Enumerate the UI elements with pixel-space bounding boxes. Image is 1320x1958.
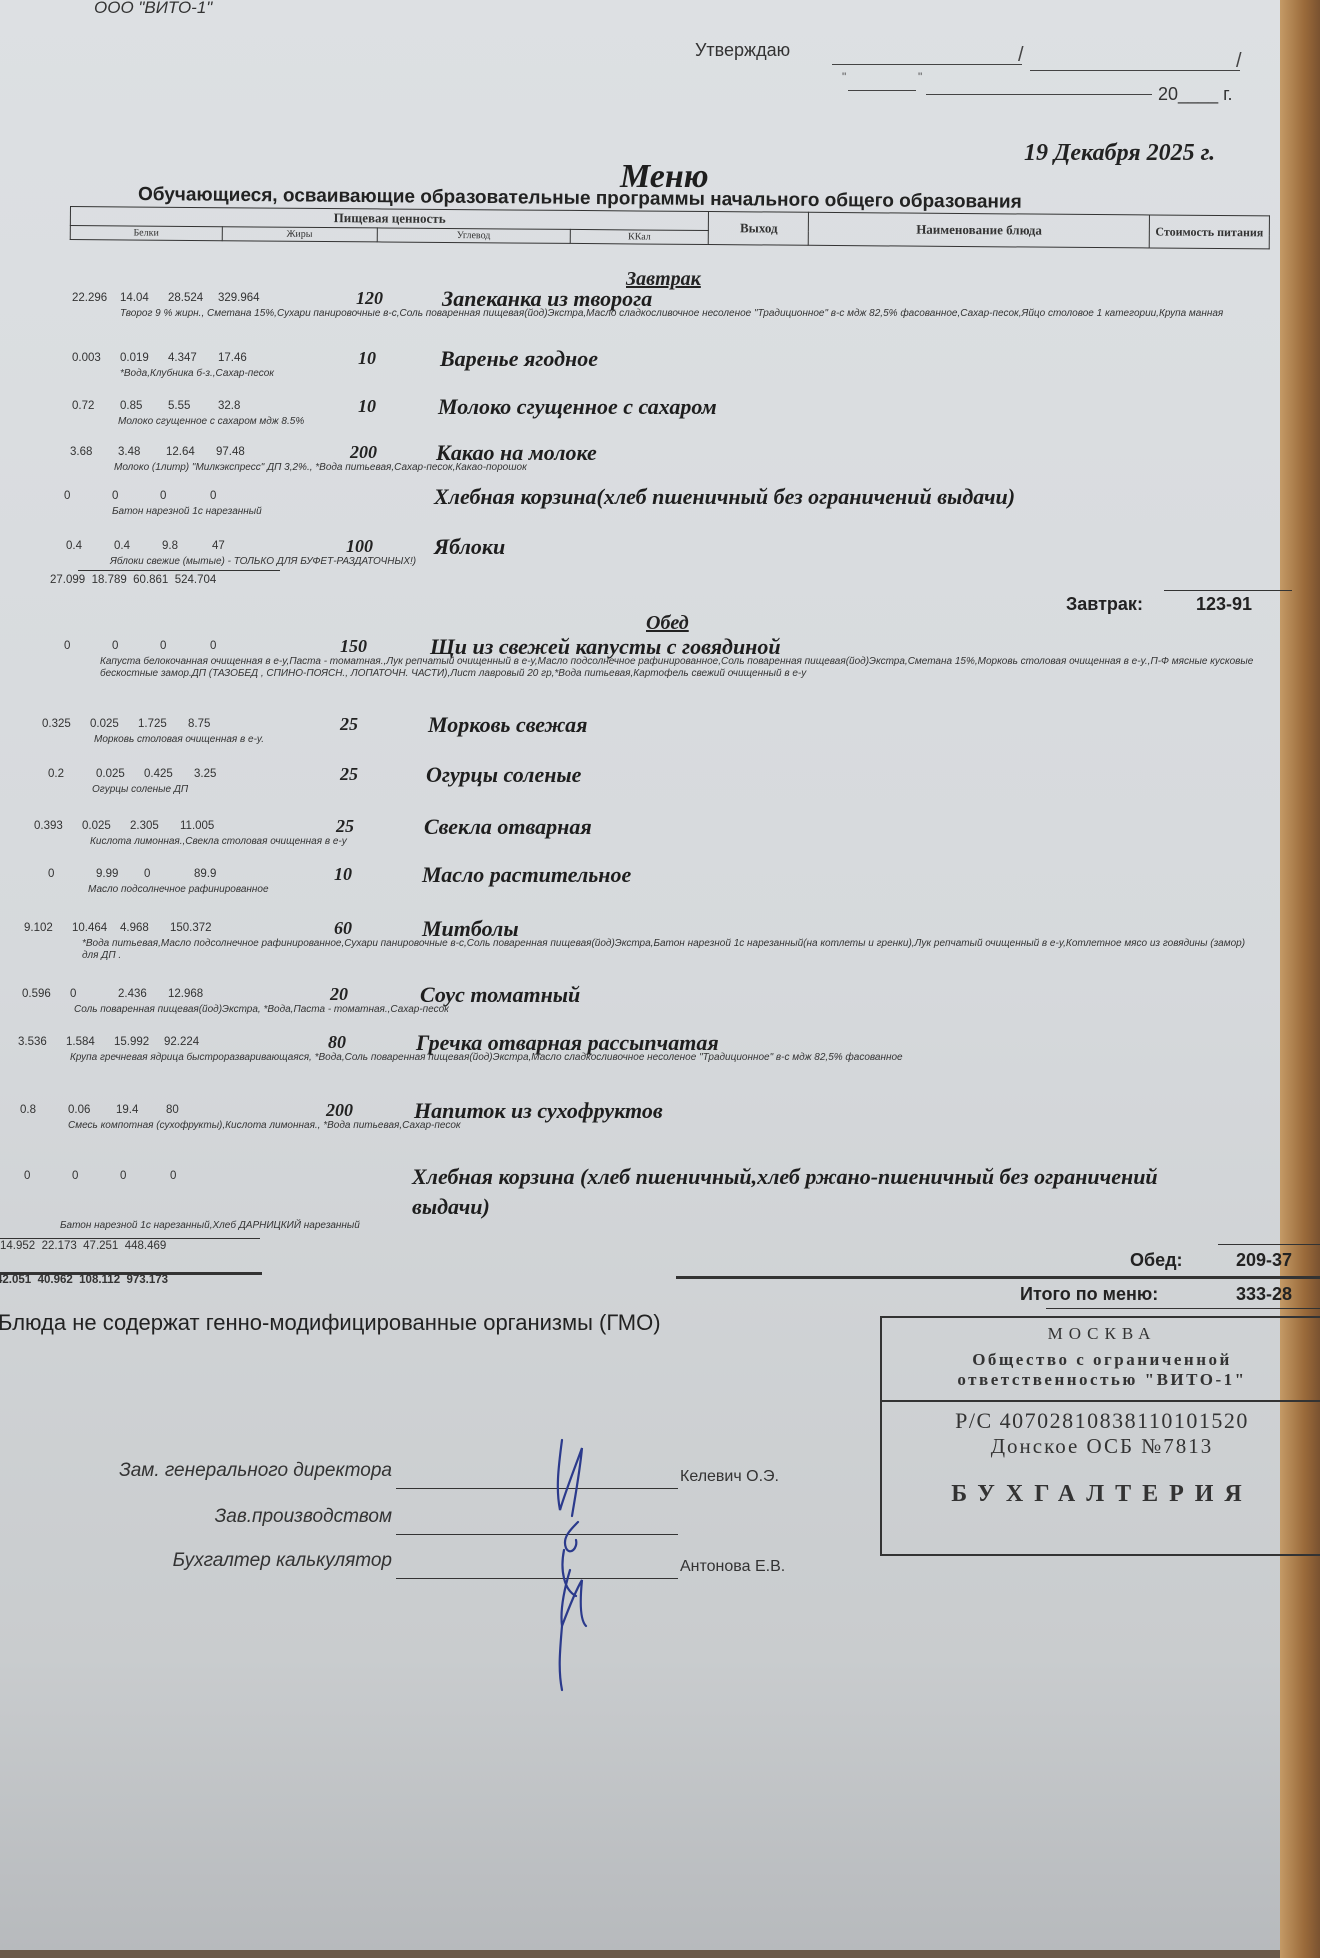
nutrient-fat: 0.85	[120, 400, 142, 412]
nutrient-protein: 9.102	[24, 922, 53, 934]
signature-name-3: Антонова Е.В.	[680, 1558, 785, 1576]
dish-ingredients: Капуста белокочанная очищенная в е-у,Пас…	[100, 656, 1260, 680]
dish-ingredients: Огурцы соленые ДП	[92, 784, 1260, 796]
menu-item-row: 0.3930.0252.30511.00525Свекла отварнаяКи…	[0, 820, 1280, 864]
company-stamp: МОСКВА Общество с ограниченной ответстве…	[880, 1316, 1320, 1556]
nutrient-kcal: 8.75	[188, 718, 210, 730]
nutrient-protein: 0	[24, 1170, 30, 1182]
nutrient-kcal: 89.9	[194, 868, 216, 880]
dish-yield: 80	[328, 1032, 346, 1053]
nutrient-fat: 14.04	[120, 292, 149, 304]
dish-ingredients: Молоко (1литр) "Милкэкспресс" ДП 3,2%., …	[114, 462, 1260, 474]
dish-yield: 200	[350, 442, 377, 463]
menu-item-row: 0.720.855.5532.810Молоко сгущенное с сах…	[0, 400, 1280, 444]
nutrient-protein: 22.296	[72, 292, 107, 304]
nutrient-fat: 0.025	[90, 718, 119, 730]
total-protein: 27.099	[50, 574, 85, 586]
nutrient-carbs: 15.992	[114, 1036, 149, 1048]
breakfast-cost-value: 123-91	[1196, 594, 1252, 615]
dish-name-header: Наименование блюда	[809, 212, 1150, 248]
nutrient-kcal: 47	[212, 540, 225, 552]
signature-role-2: Зав.производством	[72, 1506, 392, 1528]
nutrient-kcal: 97.48	[216, 446, 245, 458]
dish-name: Хлебная корзина (хлеб пшеничный,хлеб ржа…	[412, 1162, 1172, 1222]
nutrient-fat: 0.4	[114, 540, 130, 552]
dish-ingredients: Батон нарезной 1с нарезанный,Хлеб ДАРНИЦ…	[60, 1220, 1260, 1232]
menu-date: 19 Декабря 2025 г.	[1024, 140, 1215, 167]
quote-mark: "	[842, 70, 846, 84]
menu-item-row: 0000Хлебная корзина(хлеб пшеничный без о…	[0, 490, 1280, 534]
menu-item-row: 09.99089.910Масло растительноеМасло подс…	[0, 868, 1280, 912]
day-line	[848, 90, 916, 91]
grand-total-carbs: 108.112	[79, 1274, 120, 1286]
lunch-cost-rule	[1218, 1244, 1320, 1245]
dish-yield: 100	[346, 536, 373, 557]
nutrient-protein: 0.72	[72, 400, 94, 412]
dish-yield: 25	[340, 714, 358, 735]
dish-yield: 10	[358, 348, 376, 369]
handwritten-signature-icon	[540, 1430, 660, 1710]
dish-ingredients: Батон нарезной 1с нарезанный	[112, 506, 1260, 518]
nutrient-fat: 0	[70, 988, 76, 1000]
nutrient-fat: 10.464	[72, 922, 107, 934]
stamp-line-1: Общество с ограниченной	[882, 1350, 1320, 1370]
nutrient-protein: 0.8	[20, 1104, 36, 1116]
dish-yield: 10	[334, 864, 352, 885]
grand-totals: 42.051 40.962 108.112 973.173	[0, 1274, 168, 1286]
lunch-total-rule	[0, 1238, 260, 1239]
total-kcal: 448.469	[125, 1240, 167, 1252]
nutrient-kcal: 32.8	[218, 400, 240, 412]
menu-total-value: 333-28	[1236, 1284, 1292, 1305]
menu-item-row: 0000150Щи из свежей капусты с говядинойК…	[0, 640, 1280, 684]
menu-item-row: 0.59602.43612.96820Соус томатныйСоль пов…	[0, 988, 1280, 1032]
table-surface	[1280, 0, 1320, 1958]
menu-total-label: Итого по меню:	[1020, 1284, 1158, 1305]
dish-ingredients: Масло подсолнечное рафинированное	[88, 884, 1260, 896]
lunch-section-title: Обед	[646, 612, 689, 635]
menu-total-underline	[1046, 1308, 1320, 1309]
lunch-totals: 14.952 22.173 47.251 448.469	[0, 1240, 166, 1252]
nutrient-carbs: 0	[144, 868, 150, 880]
dish-ingredients: Творог 9 % жирн., Сметана 15%,Сухари пан…	[120, 308, 1260, 320]
menu-item-row: 0.20.0250.4253.2525Огурцы соленыеОгурцы …	[0, 768, 1280, 812]
nutrient-carbs: 0	[120, 1170, 126, 1182]
nutrient-kcal: 329.964	[218, 292, 260, 304]
nutrient-protein: 0	[64, 640, 70, 652]
approve-label: Утверждаю	[695, 40, 790, 61]
nutrient-fat: 0.025	[82, 820, 111, 832]
fat-header: Жиры	[222, 227, 377, 242]
kcal-header: ККал	[570, 229, 709, 244]
separator-slash: /	[1018, 44, 1024, 67]
nutrient-carbs: 0	[160, 490, 166, 502]
nutrient-carbs: 19.4	[116, 1104, 138, 1116]
total-protein: 14.952	[0, 1240, 35, 1252]
stamp-department: БУХГАЛТЕРИЯ	[882, 1481, 1320, 1508]
dish-ingredients: Крупа гречневая ядрица быстроразваривающ…	[70, 1052, 1260, 1064]
stamp-account: Р/С 40702810838110101520	[882, 1400, 1320, 1434]
nutrient-kcal: 80	[166, 1104, 179, 1116]
nutrient-fat: 9.99	[96, 868, 118, 880]
year-prefix: 20	[1158, 84, 1178, 104]
signature-role-1: Зам. генерального директора	[72, 1460, 392, 1482]
dish-yield: 25	[336, 816, 354, 837]
signature-role-3: Бухгалтер калькулятор	[72, 1550, 392, 1572]
stamp-line-2: ответственностью "ВИТО-1"	[882, 1370, 1320, 1390]
gmo-note: Блюда не содержат генно-модифицированные…	[0, 1310, 661, 1336]
month-line	[926, 94, 1152, 95]
grand-total-protein: 42.051	[0, 1274, 31, 1286]
dish-yield: 120	[356, 288, 383, 309]
dish-yield: 60	[334, 918, 352, 939]
yield-header: Выход	[709, 212, 809, 246]
dish-yield: 200	[326, 1100, 353, 1121]
nutrient-protein: 3.68	[70, 446, 92, 458]
nutrient-carbs: 2.305	[130, 820, 159, 832]
nutrient-fat: 0	[72, 1170, 78, 1182]
nutrient-kcal: 0	[170, 1170, 176, 1182]
breakfast-totals: 27.099 18.789 60.861 524.704	[50, 574, 216, 586]
lunch-cost-label: Обед:	[1130, 1250, 1183, 1271]
nutrient-carbs: 4.347	[168, 352, 197, 364]
breakfast-cost-label: Завтрак:	[1066, 594, 1143, 615]
dish-yield: 150	[340, 636, 367, 657]
stamp-bank: Донское ОСБ №7813	[882, 1434, 1320, 1459]
carbs-header: Углевод	[377, 228, 570, 244]
grand-total-fat: 40.962	[38, 1274, 73, 1286]
nutrient-fat: 0	[112, 490, 118, 502]
approver-signature-line	[832, 64, 1022, 65]
separator-slash: /	[1236, 50, 1242, 73]
menu-item-row: 3.5361.58415.99292.22480Гречка отварная …	[0, 1036, 1280, 1080]
dish-yield: 25	[340, 764, 358, 785]
protein-header: Белки	[70, 226, 222, 241]
nutrient-fat: 0.025	[96, 768, 125, 780]
dish-ingredients: Смесь компотная (сухофрукты),Кислота лим…	[68, 1120, 1260, 1132]
menu-item-row: 0000Хлебная корзина (хлеб пшеничный,хлеб…	[0, 1170, 1280, 1214]
menu-item-row: 22.29614.0428.524329.964120Запеканка из …	[0, 292, 1280, 336]
nutrient-carbs: 2.436	[118, 988, 147, 1000]
nutrient-protein: 0.2	[48, 768, 64, 780]
nutrient-carbs: 1.725	[138, 718, 167, 730]
total-carbs: 60.861	[133, 574, 168, 586]
menu-item-row: 0.3250.0251.7258.7525Морковь свежаяМорко…	[0, 718, 1280, 762]
approver-name-line	[1030, 70, 1240, 71]
nutrient-kcal: 17.46	[218, 352, 247, 364]
dish-ingredients: Кислота лимонная.,Свекла столовая очищен…	[90, 836, 1260, 848]
signature-name-1: Келевич О.Э.	[680, 1468, 779, 1486]
nutrient-protein: 0	[64, 490, 70, 502]
dish-yield: 20	[330, 984, 348, 1005]
total-kcal: 524.704	[175, 574, 217, 586]
nutrient-protein: 0.393	[34, 820, 63, 832]
breakfast-cost-rule	[1164, 590, 1292, 591]
nutrient-kcal: 11.005	[180, 820, 214, 832]
breakfast-total-rule	[78, 570, 280, 571]
nutrient-protein: 0.325	[42, 718, 71, 730]
dish-yield: 10	[358, 396, 376, 417]
dish-ingredients: Соль поваренная пищевая(йод)Экстра, *Вод…	[74, 1004, 1260, 1016]
nutrient-carbs: 4.968	[120, 922, 149, 934]
nutrient-carbs: 0.425	[144, 768, 173, 780]
nutrient-fat: 0	[112, 640, 118, 652]
stamp-city: МОСКВА	[882, 1324, 1320, 1344]
nutrient-kcal: 0	[210, 490, 216, 502]
nutrient-carbs: 28.524	[168, 292, 203, 304]
total-fat: 18.789	[92, 574, 127, 586]
total-carbs: 47.251	[83, 1240, 118, 1252]
nutrient-protein: 0	[48, 868, 54, 880]
nutrient-kcal: 92.224	[164, 1036, 199, 1048]
nutrient-kcal: 12.968	[168, 988, 203, 1000]
nutrient-protein: 3.536	[18, 1036, 47, 1048]
nutrient-fat: 0.019	[120, 352, 149, 364]
nutrient-carbs: 12.64	[166, 446, 195, 458]
total-fat: 22.173	[42, 1240, 77, 1252]
dish-ingredients: Молоко сгущенное с сахаром мдж 8.5%	[118, 416, 1260, 428]
nutrient-kcal: 3.25	[194, 768, 216, 780]
nutrient-kcal: 0	[210, 640, 216, 652]
nutrient-fat: 0.06	[68, 1104, 90, 1116]
lunch-cost-value: 209-37	[1236, 1250, 1292, 1271]
nutrient-carbs: 5.55	[168, 400, 190, 412]
nutrient-carbs: 9.8	[162, 540, 178, 552]
organization-name: ООО "ВИТО-1"	[94, 0, 212, 18]
nutrient-protein: 0.596	[22, 988, 51, 1000]
cost-header: Стоимость питания	[1149, 215, 1269, 249]
grand-total-kcal: 973.173	[126, 1274, 168, 1286]
year-field: 20____ г.	[1158, 84, 1232, 105]
nutrient-protein: 0.003	[72, 352, 101, 364]
nutrient-fat: 3.48	[118, 446, 140, 458]
dish-ingredients: Яблоки свежие (мытые) - ТОЛЬКО ДЛЯ БУФЕТ…	[110, 556, 1260, 568]
dish-ingredients: *Вода,Клубника б-з.,Сахар-песок	[120, 368, 1260, 380]
menu-item-row: 9.10210.4644.968150.37260Митболы*Вода пи…	[0, 922, 1280, 966]
nutrient-protein: 0.4	[66, 540, 82, 552]
nutrient-fat: 1.584	[66, 1036, 95, 1048]
year-suffix: г.	[1223, 84, 1232, 104]
quote-mark: "	[918, 70, 922, 84]
menu-item-row: 0.80.0619.480200Напиток из сухофруктовСм…	[0, 1104, 1280, 1148]
nutrient-carbs: 0	[160, 640, 166, 652]
dish-ingredients: *Вода питьевая,Масло подсолнечное рафини…	[82, 938, 1260, 962]
menu-item-row: 0.0030.0194.34717.4610Варенье ягодное*Во…	[0, 352, 1280, 396]
nutrient-kcal: 150.372	[170, 922, 212, 934]
dish-ingredients: Морковь столовая очищенная в е-у.	[94, 734, 1260, 746]
menu-total-rule	[676, 1276, 1320, 1279]
